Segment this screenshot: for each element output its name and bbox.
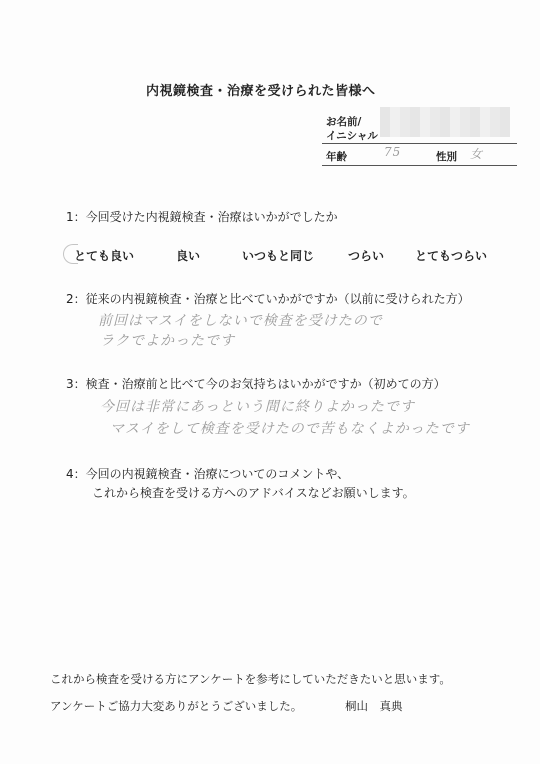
age-label: 年齢	[326, 149, 347, 164]
gender-value: 女	[470, 145, 483, 162]
divider	[322, 143, 517, 144]
question-number: 2：	[66, 292, 86, 306]
divider	[322, 165, 517, 166]
question-text: これから検査を受ける方へのアドバイスなどお願いします。	[92, 484, 415, 501]
gender-label: 性別	[436, 149, 457, 164]
option-same-as-usual[interactable]: いつもと同じ	[242, 247, 314, 264]
name-redacted-field	[380, 107, 510, 137]
option-hard[interactable]: つらい	[348, 247, 384, 264]
question-number: 1：	[66, 210, 86, 224]
question-number: 3：	[66, 377, 86, 391]
handwritten-answer-line: 前回はマスイをしないで検査を受けたので	[98, 310, 383, 330]
initial-label: イニシャル	[326, 128, 378, 143]
age-value: 75	[384, 145, 401, 159]
name-label: お名前/	[326, 114, 361, 129]
handwritten-answer-line: 今回は非常にあっという間に終りよかったです	[100, 396, 415, 416]
question-text: 今回受けた内視鏡検査・治療はいかがでしたか	[86, 210, 338, 224]
signature: 桐山 真典	[345, 698, 403, 714]
option-good[interactable]: 良い	[176, 247, 200, 264]
question-text: 今回の内視鏡検査・治療についてのコメントや、	[86, 467, 350, 481]
footer-line: これから検査を受ける方にアンケートを参考にしていただきたいと思います。	[50, 671, 451, 687]
option-very-hard[interactable]: とてもつらい	[415, 247, 487, 264]
handwritten-answer-line: ラクでよかったです	[100, 330, 235, 350]
footer-line: アンケートご協力大変ありがとうございました。	[50, 698, 302, 714]
question-number: 4：	[66, 467, 86, 481]
option-very-good[interactable]: とても良い	[74, 247, 134, 264]
page-title: 内視鏡検査・治療を受けられた皆様へ	[146, 80, 376, 99]
handwritten-answer-line: マスイをして検査を受けたので苦もなくよかったです	[110, 418, 470, 438]
question-text: 検査・治療前と比べて今のお気持ちはいかがですか（初めての方）	[86, 377, 446, 391]
question-text: 従来の内視鏡検査・治療と比べていかがですか（以前に受けられた方）	[86, 292, 470, 306]
